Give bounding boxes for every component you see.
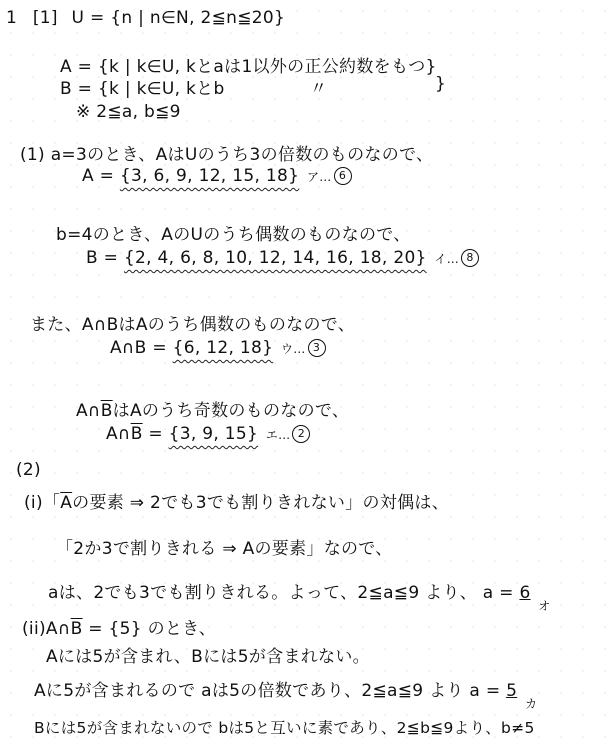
a-complement: A	[60, 493, 72, 513]
part2-i-line3: aは、2でも3でも割りきれる。よって、2≦a≦9 より、 a = 6 オ	[48, 578, 551, 603]
range-note: ※ 2≦a, b≦9	[76, 102, 181, 122]
result-a-lhs: A =	[82, 166, 120, 186]
answer-a: 6	[334, 167, 352, 185]
result-b: B = {2, 4, 6, 8, 10, 12, 14, 16, 18, 20}…	[86, 248, 479, 268]
answer-b: 8	[461, 249, 479, 267]
result-anb-set: {3, 9, 15}	[169, 424, 259, 444]
problem-header: 1 [1] U = {n | n∈N, 2≦n≦20}	[6, 8, 285, 28]
ii-b-complement: B	[71, 619, 83, 639]
tag-ab: ウ…	[281, 342, 306, 356]
part2-label: (2)	[16, 460, 41, 480]
part1-label: (1)	[20, 145, 45, 165]
part-label: [1]	[33, 8, 58, 28]
result-ab-set: {6, 12, 18}	[173, 338, 274, 358]
part2-ii-label: (ii)	[22, 619, 46, 639]
anb-lhs-eq: =	[143, 424, 169, 444]
tag-o: オ	[538, 599, 550, 613]
i-text: の要素 ⇒ 2でも3でも割りきれない」の対偶は、	[72, 493, 449, 513]
open-bracket: 「	[43, 493, 60, 513]
b-complement: B	[101, 401, 113, 421]
problem-number: 1	[6, 8, 17, 28]
tag-anb: エ…	[266, 428, 291, 442]
part1-line-b: b=4のとき、AのUのうち偶数のものなので、	[56, 220, 411, 245]
anb-text-a: A∩	[76, 401, 101, 421]
result-ab-lhs: A∩B =	[110, 338, 173, 358]
tag-b: イ…	[434, 252, 459, 266]
result-b-lhs: B =	[86, 248, 124, 268]
set-b-definition: B = {k | k∈U, kとb 〃 }	[60, 74, 225, 99]
part2-ii-line3: Aに5が含まれるので aは5の倍数であり、2≦a≦9 より a = 5 カ	[34, 676, 537, 701]
part2-ii-line2: Aには5が含まれ、Bには5が含まれない。	[46, 642, 370, 667]
result-anb: A∩B = {3, 9, 15} エ…2	[106, 424, 310, 444]
answer-ab: 3	[308, 339, 326, 357]
part1-line-anb: A∩BはAのうち奇数のものなので、	[76, 396, 349, 421]
part2-i-label: (i)	[24, 493, 43, 513]
part1-text-a: a=3のとき、AはUのうち3の倍数のものなので、	[51, 145, 434, 165]
answer-o: 6	[519, 583, 530, 603]
result-b-set: {2, 4, 6, 8, 10, 12, 14, 16, 18, 20}	[124, 248, 427, 268]
result-ab: A∩B = {6, 12, 18} ウ…3	[110, 338, 326, 358]
part2-i-line2: 「2か3で割りきれる ⇒ Aの要素」なので、	[56, 534, 393, 559]
anb-lhs-a: A∩	[106, 424, 131, 444]
ii-line3-text: Aに5が含まれるので aは5の倍数であり、2≦a≦9 より a =	[34, 681, 506, 701]
part2-ii-line4: Bには5が含まれないので bは5と互いに素であり、2≦b≦9より、b≠5	[34, 716, 535, 738]
tag-a: ア…	[307, 170, 332, 184]
answer-ka: 5	[506, 681, 517, 701]
set-b-close-brace: }	[435, 74, 446, 94]
anb-lhs-b: B	[131, 424, 143, 444]
result-a-set: {3, 6, 9, 12, 15, 18}	[120, 166, 299, 186]
part1-line-ab: また、A∩BはAのうち偶数のものなので、	[30, 310, 355, 335]
part2-ii-line1: (ii)A∩B = {5} のとき、	[22, 614, 216, 639]
i-line3-text: aは、2でも3でも割りきれる。よって、2≦a≦9 より、 a =	[48, 583, 519, 603]
ii-c: = {5} のとき、	[83, 619, 217, 639]
part2-i-line1: (i)「Aの要素 ⇒ 2でも3でも割りきれない」の対偶は、	[24, 488, 449, 513]
anb-text-c: はAのうち奇数のものなので、	[113, 401, 350, 421]
tag-ka: カ	[525, 697, 537, 711]
result-a: A = {3, 6, 9, 12, 15, 18} ア…6	[82, 166, 352, 186]
part1-line-a: (1) a=3のとき、AはUのうち3の倍数のものなので、	[20, 140, 433, 165]
ditto-mark: 〃	[310, 74, 327, 99]
answer-anb: 2	[292, 425, 310, 443]
universal-set: U = {n | n∈N, 2≦n≦20}	[72, 8, 286, 28]
ii-a: A∩	[46, 619, 71, 639]
set-b-prefix: B = {k | k∈U, kとb	[60, 79, 225, 99]
